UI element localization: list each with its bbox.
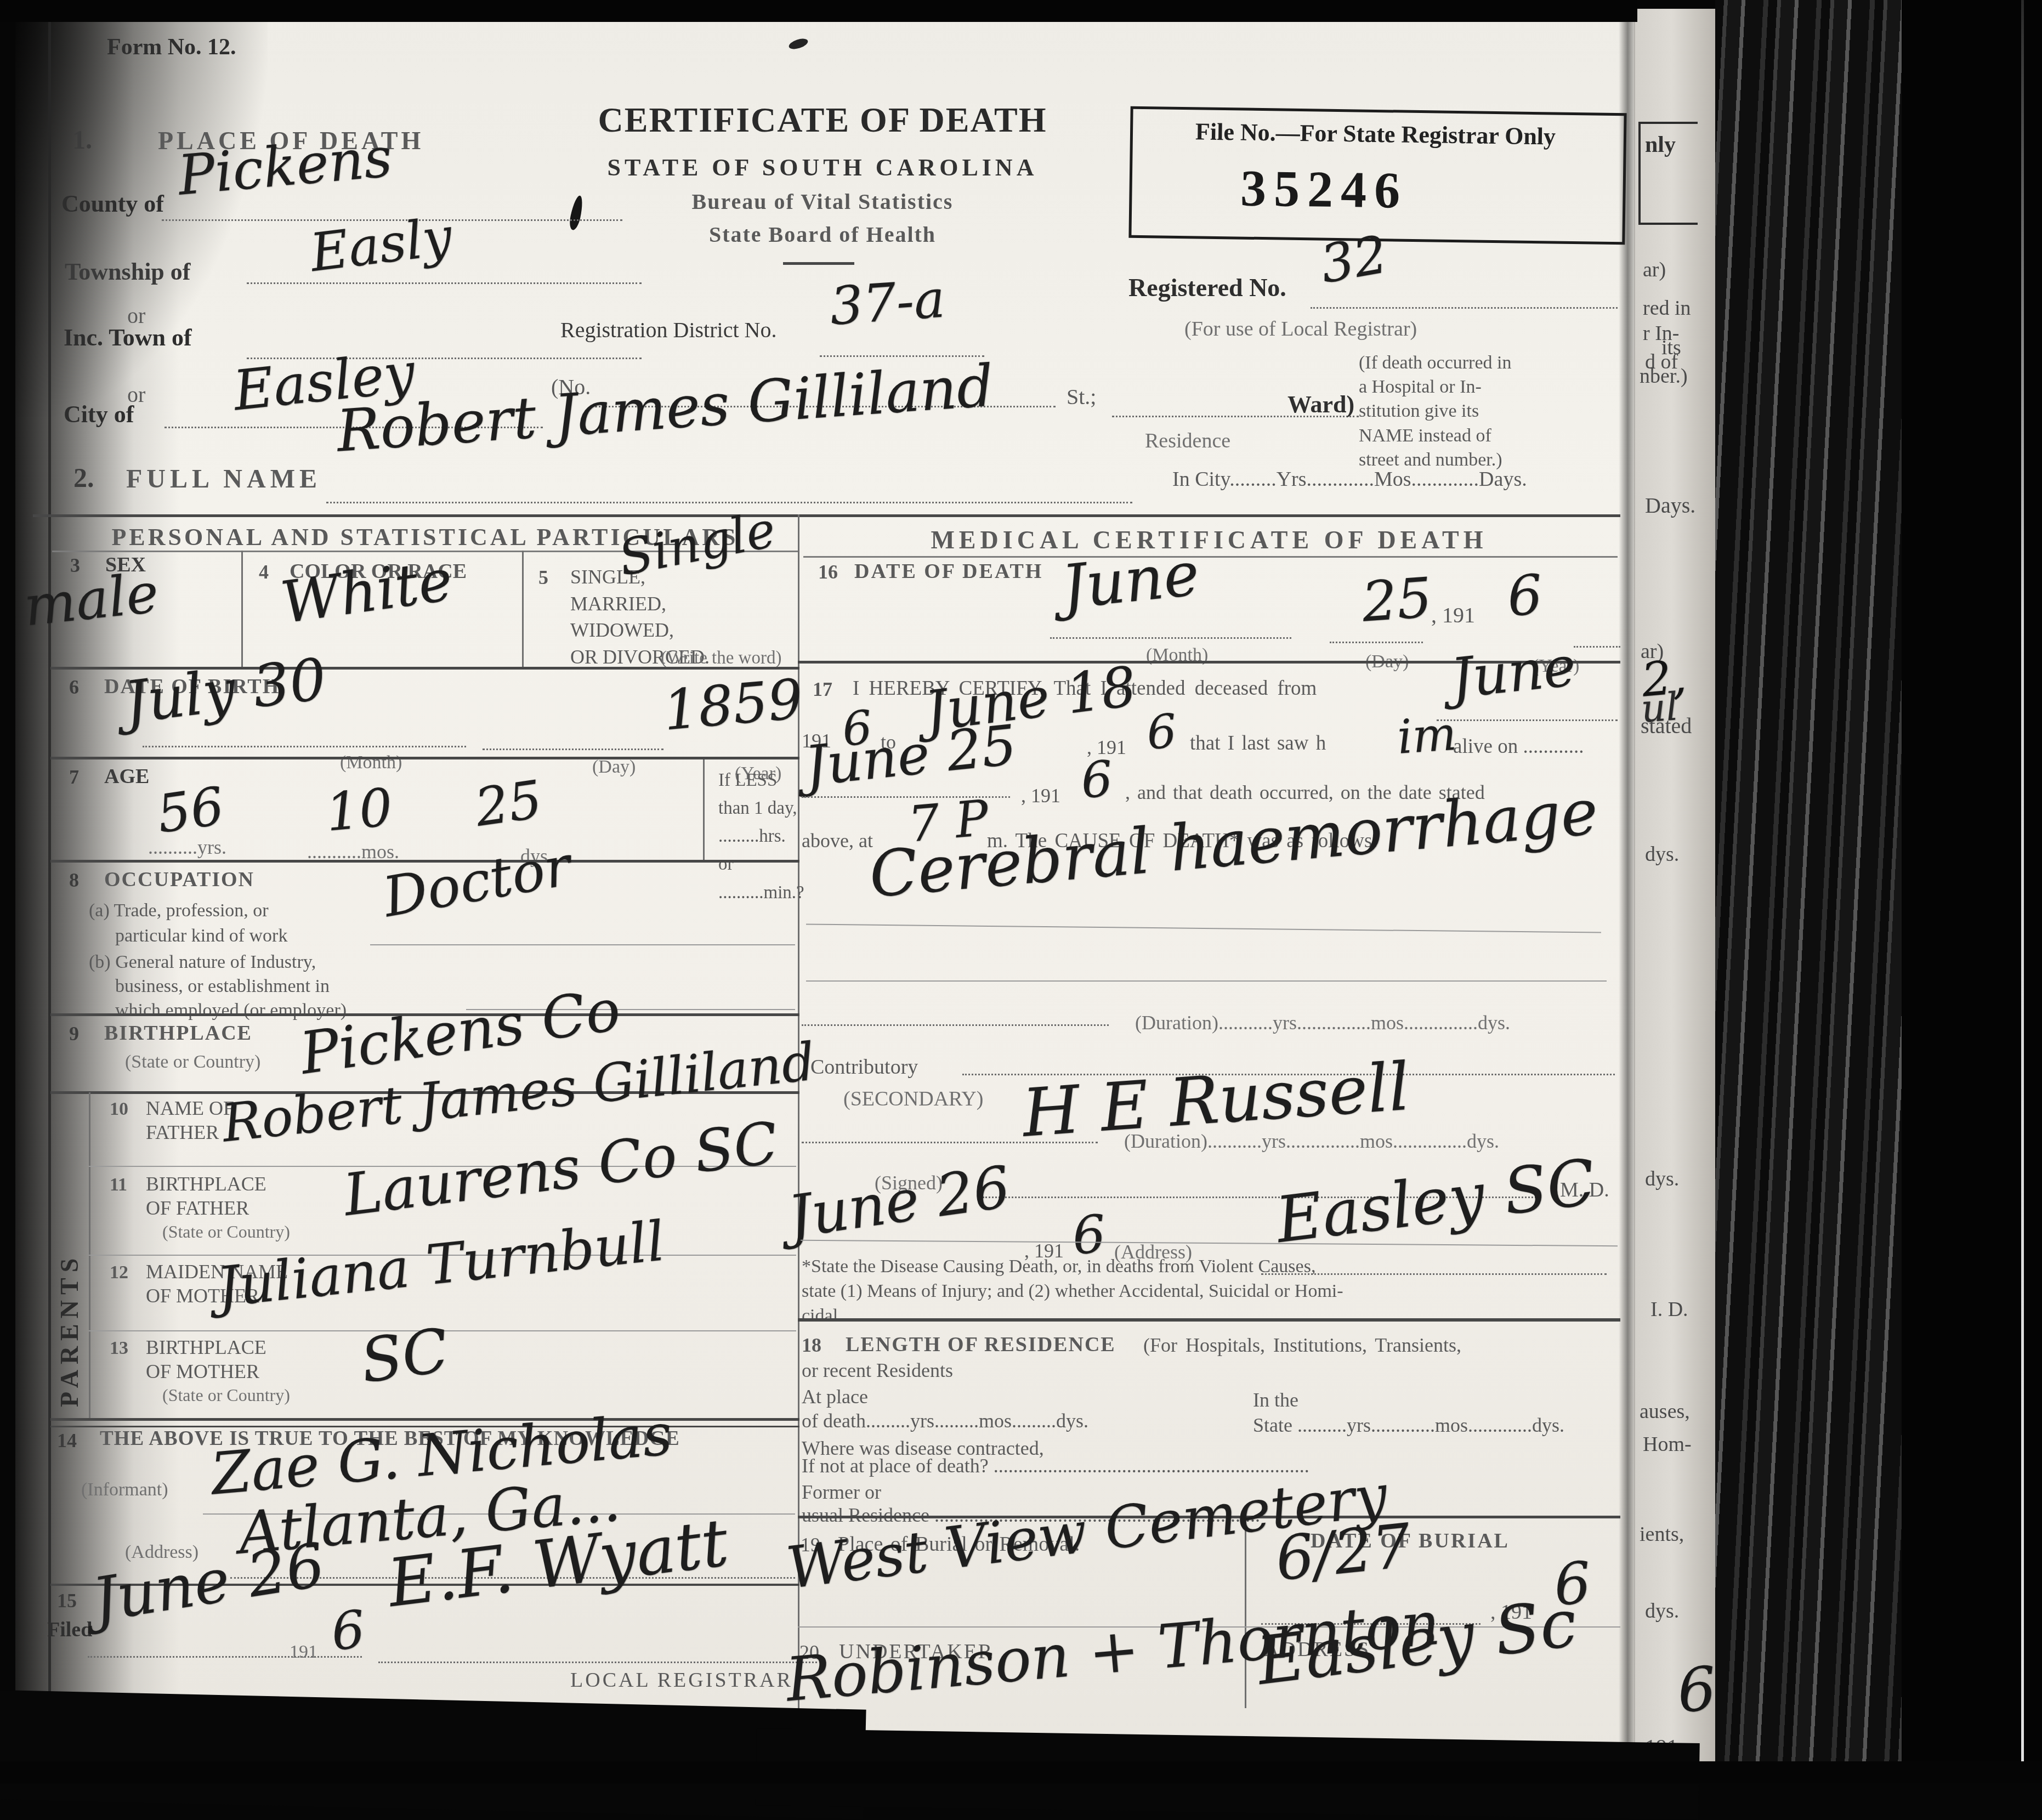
father-number: 10 [110, 1099, 128, 1120]
mother-bp-label-1: BIRTHPLACE [146, 1336, 266, 1359]
dob-day-caption: (Day) [592, 757, 636, 778]
occupation-label: OCCUPATION [104, 868, 254, 892]
former-line1: Former or [802, 1481, 881, 1504]
residence18-number: 18 [802, 1334, 821, 1357]
certify-number: 17 [813, 678, 832, 701]
fragment-text: Hom- [1643, 1432, 1692, 1456]
age-years-handwriting: 56 [154, 776, 228, 845]
burial-date-handwriting: 6/27 [1272, 1510, 1414, 1594]
dob-year-handwriting: 1859 [661, 667, 806, 743]
fragment-text: ar) [1643, 258, 1666, 282]
birthplace-number: 9 [69, 1022, 79, 1045]
page-edge-line [48, 22, 51, 1777]
l2-year-hand2: 6 [1145, 704, 1178, 761]
township-label: Township of [65, 258, 191, 286]
ward-label: Ward) [1287, 390, 1354, 418]
dod-number: 16 [818, 560, 838, 583]
residence18-paren: (For Hospitals, Institutions, Transients… [1143, 1334, 1461, 1357]
film-scratch-line [2021, 0, 2024, 1781]
dob-day-blank [483, 749, 663, 750]
registered-no-handwriting: 32 [1316, 224, 1392, 295]
fragment-text: stated [1641, 713, 1692, 739]
residence-line: In City.........Yrs.............Mos.....… [1172, 467, 1527, 491]
dod-year-handwriting: 6 [1505, 563, 1545, 629]
age-months-handwriting: 10 [324, 777, 395, 843]
occupation-b-line3: which employed (or employer) [115, 1000, 347, 1021]
street-label: St.; [1067, 384, 1096, 410]
file-number-stamp: 35246 [1132, 157, 1516, 222]
l2-alive-label: alive on ............ [1453, 735, 1584, 758]
dod-month-blank [1050, 637, 1291, 639]
dob-month-blank [143, 746, 466, 747]
certificate-title: CERTIFICATE OF DEATH [559, 100, 1086, 140]
fullname-label: FULL NAME [126, 464, 321, 494]
city-label: City of [64, 400, 134, 428]
fragment-text: nber.) [1640, 364, 1688, 388]
parents-inner-divider [89, 1092, 90, 1419]
dod-label: DATE OF DEATH [854, 559, 1043, 583]
race-marital-divider [522, 551, 524, 667]
marital-number: 5 [538, 566, 548, 589]
registered-no-blank-line [1311, 307, 1618, 309]
l2-rest: that I last saw h [1190, 732, 1326, 755]
l2-him-handwriting: im [1396, 706, 1458, 764]
dob-number: 6 [69, 676, 79, 699]
dod-month-handwriting: June [1058, 538, 1202, 623]
occupation-a-blank [370, 944, 795, 945]
state-line: STATE OF SOUTH CAROLINA [559, 154, 1086, 182]
form-number: Form No. 12. [107, 34, 236, 60]
birthplace-label: BIRTHPLACE [104, 1021, 252, 1045]
mother-bp-value-handwriting: SC [356, 1315, 453, 1397]
age-ifless-divider [703, 759, 705, 860]
local-registrar-label: LOCAL REGISTRAR [570, 1668, 793, 1692]
in-the-line1: In the [1253, 1388, 1298, 1411]
occupation-number: 8 [69, 869, 79, 892]
father-bp-label-1: BIRTHPLACE [146, 1172, 266, 1195]
fragment-text: nly [1645, 132, 1676, 158]
fragment-text: red in [1643, 296, 1691, 320]
secondary-label: (SECONDARY) [843, 1087, 983, 1111]
sex-race-divider [241, 551, 243, 667]
contributory-label: Contributory [810, 1055, 918, 1079]
dod-year-blank [1574, 646, 1620, 648]
file-box-title: File No.—For State Registrar Only [1133, 117, 1619, 151]
file-number-box: File No.—For State Registrar Only 35246 [1128, 106, 1626, 245]
cause-blank-line2 [806, 980, 1607, 982]
duration1-left-blank [802, 1024, 1109, 1026]
duration-line-1: (Duration)...........yrs...............m… [1135, 1011, 1618, 1034]
residence18-heading: LENGTH OF RESIDENCE [846, 1333, 1116, 1357]
birthplace-note: (State or Country) [125, 1052, 260, 1073]
registration-district-handwriting: 37-a [828, 269, 947, 337]
section-1-number: 1. [72, 125, 92, 155]
fullname-blank-line [326, 502, 1132, 503]
dob-month-caption: (Month) [340, 752, 402, 773]
cause-footnote: *State the Disease Causing Death, or, in… [802, 1255, 1616, 1329]
fragment-text: Days. [1645, 492, 1695, 518]
bottom-film-band-3 [0, 1761, 2042, 1781]
marital-note: (Write the word) [661, 648, 781, 668]
certify-from-blank [1437, 719, 1618, 721]
informant-number: 14 [57, 1429, 77, 1452]
l4-above-label: above, at [802, 829, 873, 852]
local-registrar-note: (For use of Local Registrar) [1184, 317, 1417, 341]
father-label-2: FATHER [146, 1121, 219, 1144]
filed-year-handwriting: 6 [329, 1600, 367, 1663]
page-gap-shadow [1619, 0, 1635, 1781]
in-the-line2: State ..........yrs.............mos.....… [1253, 1414, 1564, 1437]
age-days-handwriting: 25 [472, 769, 546, 838]
registered-no-label: Registered No. [1128, 273, 1286, 302]
certify-from-handwriting: June [1448, 634, 1579, 711]
at-place-line2: of death.........yrs.........mos........… [802, 1409, 1088, 1432]
mother-bp-label-2: OF MOTHER [146, 1360, 259, 1383]
age-yrs-leader: ..........yrs. [148, 836, 226, 859]
father-bp-number: 11 [110, 1175, 127, 1195]
father-bp-note: (State or Country) [162, 1222, 290, 1242]
if-not-line: If not at place of death? ..............… [802, 1454, 1613, 1477]
filed-year-prefix: 191 [290, 1642, 317, 1663]
township-blank-line [247, 282, 642, 284]
fragment-handwriting: 6 [1675, 1653, 1718, 1726]
parents-vertical-label: PARENTS [55, 1253, 84, 1407]
residence18-cont: or recent Residents [802, 1359, 953, 1382]
dod-day-handwriting: 25 [1360, 565, 1434, 634]
occupation-a-line2: particular kind of work [115, 926, 287, 946]
race-number: 4 [259, 560, 269, 583]
fragment-text: ients, [1640, 1522, 1684, 1546]
mother-bp-number: 13 [110, 1338, 128, 1359]
inc-town-label: Inc. Town of [64, 324, 192, 351]
filed-label: Filed [47, 1618, 92, 1642]
board-line: State Board of Health [559, 222, 1086, 247]
occupation-a-line1: (a) Trade, profession, or [89, 900, 269, 921]
mother-number: 12 [110, 1262, 128, 1283]
father-bp-label-2: OF FATHER [146, 1197, 249, 1220]
filed-blank-line [88, 1656, 362, 1658]
if-less-note: If LESS than 1 day, .........hrs. or ...… [718, 767, 801, 907]
age-number: 7 [69, 766, 79, 789]
fragment-text: I. D. [1650, 1297, 1688, 1322]
at-place-line1: At place [802, 1385, 868, 1408]
age-label: AGE [104, 764, 149, 789]
dod-day-blank [1330, 642, 1423, 643]
informant-label: (Informant) [81, 1479, 168, 1500]
top-film-band [0, 0, 1637, 22]
bureau-line: Bureau of Vital Statistics [559, 189, 1086, 214]
row6-border [50, 757, 799, 759]
fullname-number: 2. [73, 462, 94, 494]
occupation-b-line1: (b) General nature of Industry, [89, 952, 316, 973]
county-label: County of [61, 190, 164, 218]
dod-year-prefix: , 191 [1431, 602, 1475, 628]
fragment-text: dys. [1645, 1167, 1679, 1191]
medical-section-heading: MEDICAL CERTIFICATE OF DEATH [803, 525, 1615, 554]
l3-year-prefix: , 191 [1021, 784, 1060, 807]
mother-bp-note: (State or Country) [162, 1385, 290, 1405]
footnote-border [798, 1318, 1620, 1322]
fragment-text: auses, [1640, 1399, 1690, 1424]
occupation-b-line2: business, or establishment in [115, 976, 330, 997]
residence-label: Residence [1145, 429, 1230, 453]
fragment-text: dys. [1645, 842, 1679, 866]
l3-year-hand: 6 [1079, 750, 1114, 810]
parents-bottom-border [50, 1418, 799, 1421]
header-section-divider [33, 514, 1620, 517]
scanned-death-certificate: Form No. 12. 1. PLACE OF DEATH County of… [0, 0, 2042, 1781]
filed-number: 15 [57, 1589, 77, 1612]
hospital-note: (If death occurred in a Hospital or In- … [1359, 351, 1562, 472]
medical-heading-rule [803, 556, 1618, 558]
registrar-blank-line [378, 1662, 817, 1663]
header-short-rule [783, 262, 854, 265]
registration-district-label: Registration District No. [560, 317, 776, 343]
film-crumple-zone [1715, 0, 1904, 1781]
fragment-text: dys. [1645, 1599, 1679, 1623]
